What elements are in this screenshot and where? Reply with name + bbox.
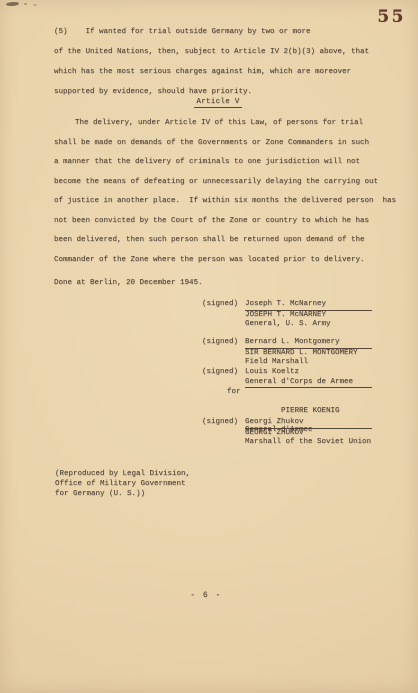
signature-script-name: Louis Koeltz bbox=[245, 368, 372, 378]
article-v-line: been delivered, then such person shall b… bbox=[54, 231, 396, 251]
article-v-line: Commander of the Zone where the person w… bbox=[54, 251, 396, 271]
signed-label: (signed) bbox=[202, 300, 245, 330]
article-v-heading: Article V bbox=[0, 98, 418, 106]
signature-column: Bernard L. Montgomery SIR BERNARD L. MON… bbox=[245, 338, 372, 368]
signature-title: Field Marshall bbox=[245, 358, 372, 368]
dateline: Done at Berlin, 20 December 1945. bbox=[54, 279, 203, 287]
signature-column: Georgi Zhukov GEORGI ZHUKOV Marshall of … bbox=[245, 418, 372, 448]
signed-label: (signed) bbox=[202, 338, 245, 368]
signature-title: Marshall of the Soviet Union bbox=[245, 438, 372, 448]
article-v-paragraph: The delivery, under Article IV of this L… bbox=[54, 114, 396, 270]
page-number-stamp: 55 bbox=[377, 7, 406, 27]
signature-typed-name: PIERRE KOENIG bbox=[281, 407, 340, 415]
paragraph-5-line: (5) If wanted for trial outside Germany … bbox=[54, 22, 369, 42]
article-v-line: not been convicted by the Court of the Z… bbox=[54, 212, 396, 232]
article-v-heading-text: Article V bbox=[194, 98, 241, 108]
ink-smudge bbox=[6, 2, 19, 7]
paragraph-5: (5) If wanted for trial outside Germany … bbox=[54, 22, 369, 102]
ink-dot bbox=[24, 3, 27, 5]
article-v-line: of justice in another place. If within s… bbox=[54, 192, 396, 212]
signature-typed-name: JOSEPH T. McNARNEY bbox=[245, 311, 372, 321]
signature-block-zhukov: (signed) Georgi Zhukov GEORGI ZHUKOV Mar… bbox=[202, 418, 372, 448]
reproduction-note: (Reproduced by Legal Division, Office of… bbox=[55, 469, 190, 499]
reproduction-note-line: for Germany (U. S.)) bbox=[55, 489, 190, 499]
signature-script-name: Georgi Zhukov bbox=[245, 418, 372, 429]
signature-typed-name: GEORGI ZHUKOV bbox=[245, 429, 372, 439]
for-label: for bbox=[227, 388, 241, 398]
reproduction-note-line: (Reproduced by Legal Division, bbox=[55, 469, 190, 479]
ink-dot bbox=[33, 4, 37, 6]
article-v-line: become the means of defeating or unneces… bbox=[54, 173, 396, 193]
signature-typed-name: SIR BERNARD L. MONTGOMERY bbox=[245, 349, 372, 359]
paragraph-5-line: of the United Nations, then, subject to … bbox=[54, 42, 369, 62]
signature-script-name: Bernard L. Montgomery bbox=[245, 338, 372, 349]
signature-script-title: General d'Corps de Armee bbox=[245, 378, 372, 389]
signature-block-mcnarney: (signed) Joseph T. McNarney JOSEPH T. Mc… bbox=[202, 300, 372, 330]
paragraph-5-line: which has the most serious charges again… bbox=[54, 62, 369, 82]
article-v-line: shall be made on demands of the Governme… bbox=[54, 134, 396, 154]
footer-page-number: - 6 - bbox=[0, 591, 412, 600]
document-page: 55 (5) If wanted for trial outside Germa… bbox=[0, 0, 418, 693]
article-v-line: a manner that the delivery of criminals … bbox=[54, 153, 396, 173]
signed-label: (signed) bbox=[202, 418, 245, 448]
signature-column: Joseph T. McNarney JOSEPH T. McNARNEY Ge… bbox=[245, 300, 372, 330]
reproduction-note-line: Office of Military Government bbox=[55, 479, 190, 489]
signature-block-montgomery: (signed) Bernard L. Montgomery SIR BERNA… bbox=[202, 338, 372, 368]
signature-script-name: Joseph T. McNarney bbox=[245, 300, 372, 311]
article-v-line: The delivery, under Article IV of this L… bbox=[54, 114, 396, 134]
signature-title: General, U. S. Army bbox=[245, 320, 372, 330]
